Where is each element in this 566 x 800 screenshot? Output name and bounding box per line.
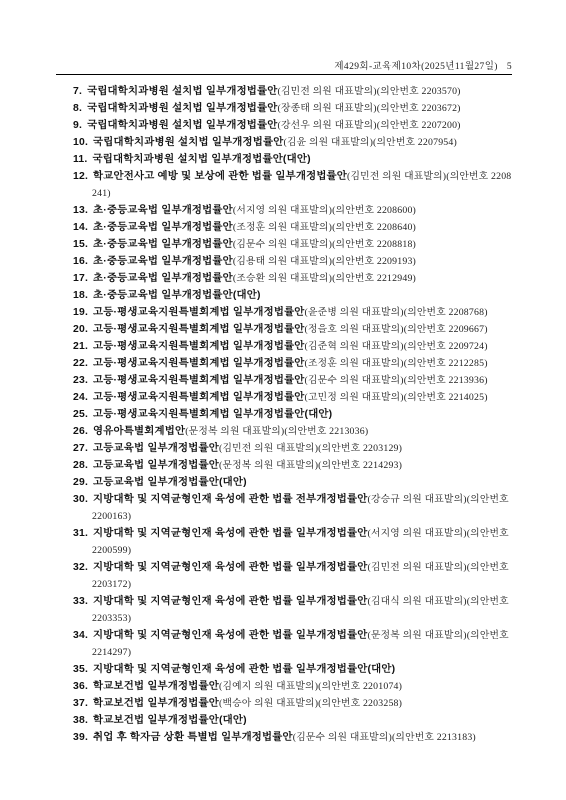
- bill-title: 국립대학치과병원 설치법 일부개정법률안: [87, 120, 277, 131]
- page-header: 제429회-교육제10차(2025년11월27일)5: [56, 58, 512, 72]
- bill-item: 9.국립대학치과병원 설치법 일부개정법률안(강선우 의원 대표발의)(의안번호…: [73, 117, 512, 134]
- bill-item: 7.국립대학치과병원 설치법 일부개정법률안(김민전 의원 대표발의)(의안번호…: [73, 83, 512, 100]
- bill-number: 38.: [73, 715, 88, 726]
- bill-title: 초·중등교육법 일부개정법률안: [93, 273, 233, 284]
- bill-detail: (고민정 의원 대표발의)(의안번호 2214025): [305, 392, 488, 403]
- bill-detail: (장종태 의원 대표발의)(의안번호 2203672): [278, 103, 461, 114]
- bill-title: 지방대학 및 지역균형인재 육성에 관한 법률 일부개정법률안: [93, 562, 367, 573]
- bill-item: 30.지방대학 및 지역균형인재 육성에 관한 법률 전부개정법률안(강승규 의…: [73, 491, 512, 525]
- bill-detail: (김민전 의원 대표발의)(의안번호 2203129): [219, 443, 402, 454]
- bill-item: 8.국립대학치과병원 설치법 일부개정법률안(장종태 의원 대표발의)(의안번호…: [73, 100, 512, 117]
- bill-item: 20.고등·평생교육지원특별회계법 일부개정법률안(정을호 의원 대표발의)(의…: [73, 321, 512, 338]
- document-page: 제429회-교육제10차(2025년11월27일)5 7.국립대학치과병원 설치…: [0, 0, 566, 800]
- bill-number: 37.: [73, 698, 88, 709]
- bill-item: 17.초·중등교육법 일부개정법률안(조승환 의원 대표발의)(의안번호 221…: [73, 270, 512, 287]
- bill-item: 37.학교보건법 일부개정법률안(백승아 의원 대표발의)(의안번호 22032…: [73, 695, 512, 712]
- bill-title: 초·중등교육법 일부개정법률안: [93, 222, 233, 233]
- bill-number: 21.: [73, 341, 88, 352]
- bill-item: 10.국립대학치과병원 설치법 일부개정법률안(김윤 의원 대표발의)(의안번호…: [73, 134, 512, 151]
- bill-title: 지방대학 및 지역균형인재 육성에 관한 법률 일부개정법률안: [93, 528, 367, 539]
- bill-item: 33.지방대학 및 지역균형인재 육성에 관한 법률 일부개정법률안(김대식 의…: [73, 593, 512, 627]
- bill-item: 36.학교보건법 일부개정법률안(김예지 의원 대표발의)(의안번호 22010…: [73, 678, 512, 695]
- bill-title: 초·중등교육법 일부개정법률안: [93, 239, 233, 250]
- bill-title: 고등·평생교육지원특별회계법 일부개정법률안: [93, 392, 305, 403]
- bill-item: 39.취업 후 학자금 상환 특별법 일부개정법률안(김문수 의원 대표발의)(…: [73, 729, 512, 746]
- bill-number: 31.: [73, 528, 88, 539]
- bill-number: 13.: [73, 205, 88, 216]
- bill-item: 16.초·중등교육법 일부개정법률안(김용태 의원 대표발의)(의안번호 220…: [73, 253, 512, 270]
- bill-title: 고등·평생교육지원특별회계법 일부개정법률안: [93, 358, 305, 369]
- bill-title: 초·중등교육법 일부개정법률안(대안): [93, 290, 261, 301]
- bill-detail: (조정훈 의원 대표발의)(의안번호 2212285): [305, 358, 488, 369]
- bill-number: 24.: [73, 392, 88, 403]
- bill-item: 22.고등·평생교육지원특별회계법 일부개정법률안(조정훈 의원 대표발의)(의…: [73, 355, 512, 372]
- bill-number: 11.: [73, 154, 87, 165]
- bill-detail: (조승환 의원 대표발의)(의안번호 2212949): [233, 273, 416, 284]
- bill-title: 지방대학 및 지역균형인재 육성에 관한 법률 일부개정법률안: [93, 596, 367, 607]
- bill-detail: (김예지 의원 대표발의)(의안번호 2201074): [219, 681, 402, 692]
- bill-detail: (김문수 의원 대표발의)(의안번호 2213183): [293, 732, 476, 743]
- bill-item: 14.초·중등교육법 일부개정법률안(조정훈 의원 대표발의)(의안번호 220…: [73, 219, 512, 236]
- bill-item: 19.고등·평생교육지원특별회계법 일부개정법률안(윤준병 의원 대표발의)(의…: [73, 304, 512, 321]
- bill-number: 22.: [73, 358, 88, 369]
- bill-detail: (강선우 의원 대표발의)(의안번호 2207200): [278, 120, 461, 131]
- bill-title: 고등·평생교육지원특별회계법 일부개정법률안(대안): [93, 409, 332, 420]
- bill-title: 고등교육법 일부개정법률안: [93, 460, 219, 471]
- bill-number: 18.: [73, 290, 88, 301]
- bill-number: 23.: [73, 375, 88, 386]
- bill-detail: (김민전 의원 대표발의)(의안번호 2203570): [278, 86, 461, 97]
- bill-detail: (서지영 의원 대표발의)(의안번호 2208600): [233, 205, 416, 216]
- bill-title: 고등·평생교육지원특별회계법 일부개정법률안: [93, 341, 305, 352]
- bill-detail: (조정훈 의원 대표발의)(의안번호 2208640): [233, 222, 416, 233]
- bill-title: 국립대학치과병원 설치법 일부개정법률안(대안): [92, 154, 310, 165]
- bill-item: 12.학교안전사고 예방 및 보상에 관한 법률 일부개정법률안(김민전 의원 …: [73, 168, 512, 202]
- bill-detail: (김준혁 의원 대표발의)(의안번호 2209724): [305, 341, 488, 352]
- bill-number: 12.: [73, 171, 88, 182]
- bill-item: 31.지방대학 및 지역균형인재 육성에 관한 법률 일부개정법률안(서지영 의…: [73, 525, 512, 559]
- bill-title: 고등·평생교육지원특별회계법 일부개정법률안: [93, 324, 305, 335]
- bill-item: 18.초·중등교육법 일부개정법률안(대안): [73, 287, 512, 304]
- bill-title: 학교안전사고 예방 및 보상에 관한 법률 일부개정법률안: [93, 171, 347, 182]
- header-session-title: 제429회-교육제10차(2025년11월27일): [334, 62, 497, 72]
- bill-title: 국립대학치과병원 설치법 일부개정법률안: [87, 103, 277, 114]
- bill-number: 9.: [73, 120, 82, 131]
- bill-item: 15.초·중등교육법 일부개정법률안(김문수 의원 대표발의)(의안번호 220…: [73, 236, 512, 253]
- bill-title: 고등·평생교육지원특별회계법 일부개정법률안: [93, 307, 305, 318]
- bill-item: 38.학교보건법 일부개정법률안(대안): [73, 712, 512, 729]
- bill-item: 13.초·중등교육법 일부개정법률안(서지영 의원 대표발의)(의안번호 220…: [73, 202, 512, 219]
- bill-title: 지방대학 및 지역균형인재 육성에 관한 법률 일부개정법률안(대안): [93, 664, 395, 675]
- bill-item: 28.고등교육법 일부개정법률안(문정복 의원 대표발의)(의안번호 22142…: [73, 457, 512, 474]
- bill-detail: (백승아 의원 대표발의)(의안번호 2203258): [219, 698, 402, 709]
- bill-detail: (김문수 의원 대표발의)(의안번호 2208818): [233, 239, 416, 250]
- bill-number: 25.: [73, 409, 88, 420]
- bill-item: 25.고등·평생교육지원특별회계법 일부개정법률안(대안): [73, 406, 512, 423]
- page-number: 5: [507, 62, 512, 72]
- bill-title: 학교보건법 일부개정법률안: [93, 681, 219, 692]
- bill-title: 고등교육법 일부개정법률안(대안): [93, 477, 247, 488]
- bill-title: 고등·평생교육지원특별회계법 일부개정법률안: [93, 375, 305, 386]
- bill-number: 32.: [73, 562, 88, 573]
- bill-number: 19.: [73, 307, 88, 318]
- bill-number: 30.: [73, 494, 88, 505]
- bill-item: 34.지방대학 및 지역균형인재 육성에 관한 법률 일부개정법률안(문정복 의…: [73, 627, 512, 661]
- bill-title: 고등교육법 일부개정법률안: [93, 443, 219, 454]
- bill-number: 14.: [73, 222, 88, 233]
- bill-detail: (문정복 의원 대표발의)(의안번호 2213036): [185, 426, 368, 437]
- bill-detail: (김윤 의원 대표발의)(의안번호 2207954): [284, 137, 457, 148]
- bill-title: 지방대학 및 지역균형인재 육성에 관한 법률 일부개정법률안: [93, 630, 367, 641]
- bill-title: 국립대학치과병원 설치법 일부개정법률안: [93, 137, 283, 148]
- bill-title: 초·중등교육법 일부개정법률안: [93, 205, 233, 216]
- bill-detail: (문정복 의원 대표발의)(의안번호 2214293): [219, 460, 402, 471]
- bill-number: 26.: [73, 426, 88, 437]
- bill-item: 21.고등·평생교육지원특별회계법 일부개정법률안(김준혁 의원 대표발의)(의…: [73, 338, 512, 355]
- bill-number: 27.: [73, 443, 88, 454]
- bill-item: 35.지방대학 및 지역균형인재 육성에 관한 법률 일부개정법률안(대안): [73, 661, 512, 678]
- bill-item: 11.국립대학치과병원 설치법 일부개정법률안(대안): [73, 151, 512, 168]
- bill-title: 학교보건법 일부개정법률안(대안): [93, 715, 247, 726]
- header-rule: [56, 74, 512, 75]
- bill-number: 29.: [73, 477, 88, 488]
- bill-item: 27.고등교육법 일부개정법률안(김민전 의원 대표발의)(의안번호 22031…: [73, 440, 512, 457]
- bill-number: 35.: [73, 664, 88, 675]
- bill-number: 20.: [73, 324, 88, 335]
- bill-item: 23.고등·평생교육지원특별회계법 일부개정법률안(김문수 의원 대표발의)(의…: [73, 372, 512, 389]
- bill-detail: (정을호 의원 대표발의)(의안번호 2209667): [305, 324, 488, 335]
- bill-detail: (윤준병 의원 대표발의)(의안번호 2208768): [305, 307, 488, 318]
- bill-item: 29.고등교육법 일부개정법률안(대안): [73, 474, 512, 491]
- bill-title: 영유아특별회계법안: [93, 426, 185, 437]
- bill-number: 36.: [73, 681, 88, 692]
- bill-number: 15.: [73, 239, 88, 250]
- bill-number: 16.: [73, 256, 88, 267]
- bill-detail: (김용태 의원 대표발의)(의안번호 2209193): [233, 256, 416, 267]
- bill-list: 7.국립대학치과병원 설치법 일부개정법률안(김민전 의원 대표발의)(의안번호…: [63, 83, 512, 746]
- bill-title: 취업 후 학자금 상환 특별법 일부개정법률안: [93, 732, 293, 743]
- bill-item: 26.영유아특별회계법안(문정복 의원 대표발의)(의안번호 2213036): [73, 423, 512, 440]
- bill-title: 학교보건법 일부개정법률안: [93, 698, 219, 709]
- bill-number: 28.: [73, 460, 88, 471]
- bill-number: 10.: [73, 137, 88, 148]
- bill-title: 국립대학치과병원 설치법 일부개정법률안: [87, 86, 277, 97]
- bill-item: 32.지방대학 및 지역균형인재 육성에 관한 법률 일부개정법률안(김민전 의…: [73, 559, 512, 593]
- bill-number: 33.: [73, 596, 88, 607]
- bill-title: 지방대학 및 지역균형인재 육성에 관한 법률 전부개정법률안: [93, 494, 367, 505]
- bill-item: 24.고등·평생교육지원특별회계법 일부개정법률안(고민정 의원 대표발의)(의…: [73, 389, 512, 406]
- bill-number: 7.: [73, 86, 82, 97]
- bill-number: 34.: [73, 630, 88, 641]
- bill-title: 초·중등교육법 일부개정법률안: [93, 256, 233, 267]
- bill-detail: (김문수 의원 대표발의)(의안번호 2213936): [305, 375, 488, 386]
- bill-number: 17.: [73, 273, 88, 284]
- bill-number: 39.: [73, 732, 88, 743]
- bill-number: 8.: [73, 103, 82, 114]
